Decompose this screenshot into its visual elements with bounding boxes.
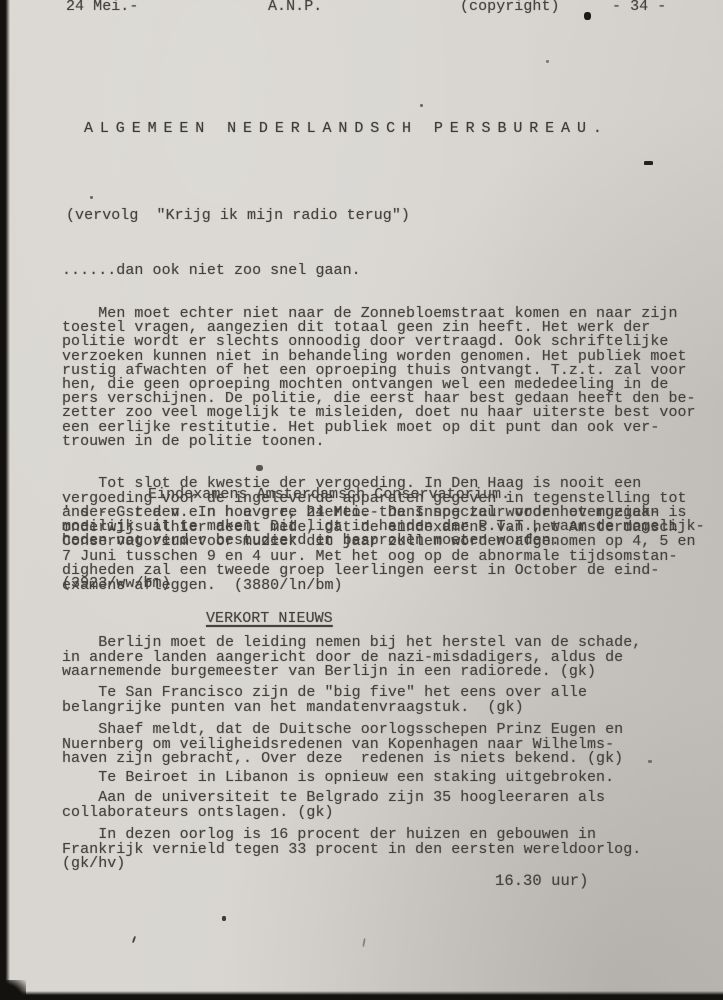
news-item-shaef: Shaef meldt, dat de Duitsche oorlogssche… (62, 723, 712, 767)
scan-edge-left (0, 0, 10, 1000)
scan-edge-bottom (0, 991, 723, 1000)
stain-mark (420, 104, 423, 107)
news-item-san-francisco: Te San Francisco zijn de "big five" het … (62, 686, 712, 715)
agency-masthead: ALGEMEEN NEDERLANDSCH PERSBUREAU. (84, 122, 609, 136)
article-paragraph-1: Men moet echter niet naar de Zonnebloems… (62, 307, 710, 449)
news-item-berlijn: Berlijn moet de leiding nemen bij het he… (62, 636, 712, 680)
scan-corner-bottom-left (0, 980, 26, 1000)
news-item-belgrado: Aan de universiteit te Belgrado zijn 35 … (62, 791, 712, 820)
copyright-label: (copyright) (460, 0, 560, 14)
continuation-line: (vervolg "Krijg ik mijn radio terug") (66, 209, 410, 223)
news-item-frankrijk: In dezen oorlog is 16 procent der huizen… (62, 828, 712, 872)
stain-mark (644, 161, 653, 165)
page-number: - 34 - (612, 0, 666, 14)
stain-mark (648, 760, 652, 763)
article-lead-line: ......dan ook niet zoo snel gaan. (62, 264, 710, 278)
document-header-line: 24 Mei.- A.N.P. (copyright) - 34 - (0, 0, 723, 18)
stain-mark (546, 60, 549, 63)
stain-mark (362, 938, 366, 947)
scanned-document: ALGEMEEN NEDERLANDSCH PERSBUREAU. 24 Mei… (0, 0, 723, 1000)
date-label: 24 Mei.- (66, 0, 138, 14)
news-item-beiroet: Te Beiroet in Libanon is opnieuw een sta… (62, 771, 712, 786)
stain-mark (90, 196, 93, 199)
verkort-nieuws-heading: VERKORT NIEUWS (206, 612, 333, 626)
conservatorium-article: ' s - G r a v e n h a g e, 24 Mei.- De I… (62, 506, 712, 593)
stain-mark (256, 465, 263, 471)
agency-abbreviation: A.N.P. (268, 0, 322, 14)
stain-mark (584, 12, 591, 20)
conservatorium-heading: Eindexamens Amsterdamsch Conservatorium. (148, 488, 510, 502)
stain-mark (222, 916, 226, 921)
issue-time: 16.30 uur) (495, 874, 589, 888)
stain-mark (132, 936, 136, 943)
paper-sheet: ALGEMEEN NEDERLANDSCH PERSBUREAU. 24 Mei… (0, 0, 723, 1000)
